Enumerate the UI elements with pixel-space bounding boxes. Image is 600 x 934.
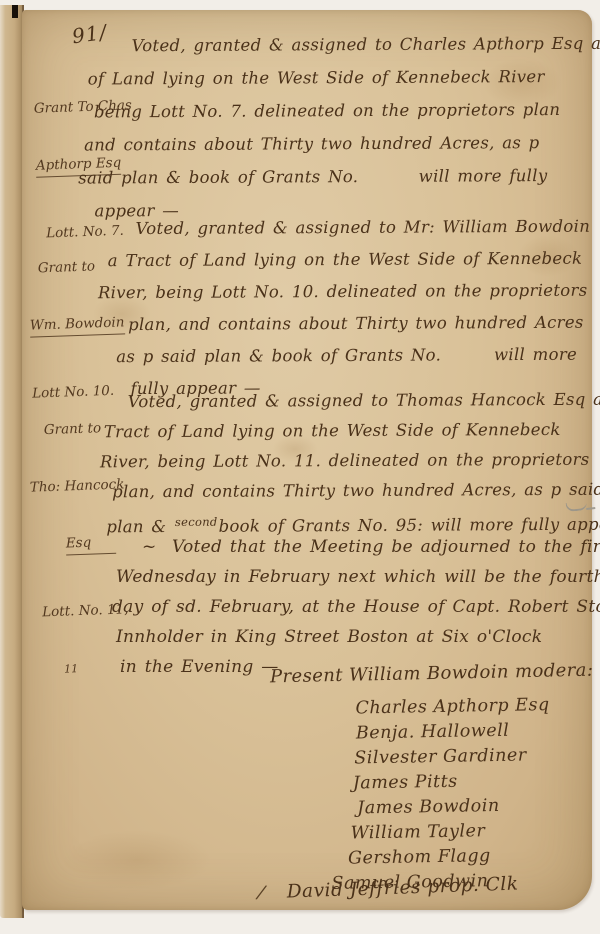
adjournment-line: ~ Voted that the Meeting be adjourned to… [142,532,600,562]
paper-stain [62,830,212,890]
book-binding-edge [0,5,24,918]
entry-line: Tract of Land lying on the West Side of … [104,415,600,448]
lead-flourish: ~ [142,537,172,557]
attendee-name: James Pitts [353,768,552,796]
clerk-signature-line: /David Jeffries prop. Clk [258,873,519,903]
entry-line: plan, and contains about Thirty two hund… [128,307,591,341]
grant-entry-apthorp: Voted, granted & assigned to Charles Apt… [77,26,600,227]
entry-line: Voted, granted & assigned to Charles Apt… [131,26,600,62]
entry-line: being Lott No. 7. delineated on the prop… [94,92,600,128]
grant-entry-bowdoin: Voted, granted & assigned to Mr: William… [78,211,592,406]
adjournment-line: Innholder in King Street Boston at Six o… [116,622,600,652]
entry-line: said plan & book of Grants No. will more… [78,158,600,194]
grant-entry-hancock: Voted, granted & assigned to Thomas Hanc… [78,385,600,543]
adjournment-paragraph: ~ Voted that the Meeting be adjourned to… [110,532,600,682]
attendance-name-list: Charles Apthorp Esq Benja. Hallowell Sil… [325,693,553,897]
attendee-name: Gershom Flagg [348,843,553,872]
entry-line: Voted, granted & assigned to Mr: William… [136,211,591,245]
entry-line: Voted, granted & assigned to Thomas Hanc… [128,385,600,418]
attendee-name: Benja. Hallowell [356,718,551,746]
manuscript-page: 91/ Grant To Chas Apthorp Esq Lott. No. … [22,10,592,910]
clerk-signature: David Jeffries prop. Clk [286,873,518,902]
adjournment-line: Wednesday in February next which will be… [116,562,600,592]
adjournment-line-text: Voted that the Meeting be adjourned to t… [172,537,600,557]
entry-line: River, being Lott No. 10. delineated on … [98,275,591,310]
entry-line: and contains about Thirty two hundred Ac… [84,125,600,161]
binding-dark-sliver [12,5,18,18]
attendee-name: Charles Apthorp Esq [355,693,550,721]
attendee-name: Silvester Gardiner [354,743,551,771]
entry-line: of Land lying on the West Side of Kenneb… [88,59,600,95]
entry-line: River, being Lott No. 11. delineated on … [100,445,600,478]
entry-line: as p said plan & book of Grants No. will… [116,339,591,373]
manuscript-photo: 91/ Grant To Chas Apthorp Esq Lott. No. … [0,0,600,934]
clerk-tick-mark: / [256,882,266,904]
entry-line: a Tract of Land lying on the West Side o… [108,243,591,278]
attendee-name: James Bowdoin [357,793,552,821]
adjournment-line: day of sd. February, at the House of Cap… [112,592,600,622]
entry-line: plan, and contains Thirty two hundred Ac… [112,475,600,508]
attendee-name: William Tayler [350,818,552,847]
